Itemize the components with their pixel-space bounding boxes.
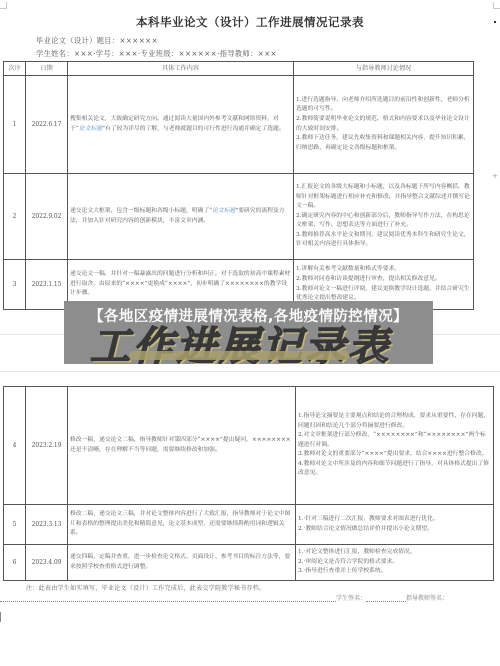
text-cursor-mark [0, 612, 1, 622]
row-work: 修改一稿，递交论文二稿，指导教师针对第四部分“××××”提出疑问，×××××××… [68, 387, 296, 505]
table-row: 1 2022.6.17 搜集相关论文，大致确定研究方向。通过阅读大量国内外参考文… [4, 76, 474, 174]
dotted-leader [366, 596, 406, 602]
banner-stripe [129, 351, 349, 360]
row-no: 4 [4, 387, 26, 505]
row-no: 1 [4, 76, 26, 174]
row-work: 搜集相关论文，大致确定研究方向。通过阅读大量国内外参考文献和网络资料，对于“论文… [68, 76, 294, 174]
document-title: 本科毕业论文（设计）工作进展情况记录表 [0, 14, 500, 30]
teacher-signature-label: 指导教师签名： [406, 595, 448, 602]
header-date: 日期 [26, 62, 68, 76]
header-work: 具体工作内容 [68, 62, 294, 76]
row-date: 2022.6.17 [26, 76, 68, 174]
row-discussion: 1.汇报论文的各级大标题和小标题，以及各标题下所写内容概括，教师针对框架标题进行… [294, 174, 474, 260]
table-row: 2 2022.9.02 递交论文大框架，包含一级标题和各级小标题，明确了“论文标… [4, 174, 474, 260]
banner-title: 【各地区疫情进展情况表格,各地疫情防控情况】 [64, 307, 433, 328]
row-work: 递交四稿，定稿并查重，进一步检查论文格式、页面设计、参考书目的标注方法等，要求按… [68, 545, 296, 581]
table-row: 4 2023.2.19 修改一稿，递交论文二稿，指导教师针对第四部分“××××”… [4, 387, 494, 505]
page-corner-mark [493, 2, 500, 9]
thesis-title-link: 论文标题 [212, 208, 235, 214]
table-row: 6 2023.4.09 递交四稿，定稿并查重，进一步检查论文格式、页面设计、参考… [4, 545, 494, 581]
thesis-title-link: 论文标题 [79, 126, 102, 132]
row-discussion: 1.·针对三稿进行二次汇报，教师要求对图表进行优化。 2.·教师结合论文情况做总… [296, 505, 494, 545]
table-row: 5 2023.3.13 修改二稿，递交论文三稿，并对论文整体内容进行了大致汇报，… [4, 505, 494, 545]
row-no: 2 [4, 174, 26, 260]
document-page: 本科毕业论文（设计）工作进展情况记录表 毕业论文（设计）题目：×××××× 学生… [0, 0, 500, 666]
dotted-leader [0, 596, 336, 602]
row-discussion: 1.指导论文摘要是主要观点和结论的合理构成，要求从重要性、存在问题、问题归因和结… [296, 387, 494, 505]
row-date: 2023.1.15 [26, 260, 68, 310]
progress-table-top: 次序 日期 具体工作内容 与指导教师讨论情况 1 2022.6.17 搜集相关论… [3, 61, 474, 310]
row-date: 2023.3.13 [26, 505, 68, 545]
thesis-topic-line: 毕业论文（设计）题目：×××××× [36, 36, 158, 46]
student-info-line: 学生姓名：×××·学号：×××·专业班级：××××××·指导教师：××× [36, 49, 277, 59]
row-no: 3 [4, 260, 26, 310]
progress-table-bottom: 4 2023.2.19 修改一稿，递交论文二稿，指导教师针对第四部分“××××”… [3, 386, 494, 581]
overlay-banner: 工作进展记录表 【各地区疫情进展情况表格,各地疫情防控情况】 [64, 301, 433, 364]
table-add-handle-icon: + [492, 172, 498, 180]
row-date: 2023.2.19 [26, 387, 68, 505]
row-no: 6 [4, 545, 26, 581]
footer-note: 注：此表由学生如实填写，毕业论文（设计）工作完成后，此表交学院教学秘书存档。 [26, 583, 265, 592]
row-date: 2022.9.02 [26, 174, 68, 260]
row-discussion: 1.·对论文整体进行汇报，教师检查完成情况。 2.·审阅论文是否符合学院的格式要… [296, 545, 494, 581]
row-discussion: 1.进行选题指导，向老师介绍所选题目的前沿性和创新性，老师分析选题的可写性。 2… [294, 76, 474, 174]
table-header-row: 次序 日期 具体工作内容 与指导教师讨论情况 [4, 62, 474, 76]
page-corner-mark [0, 2, 7, 9]
signature-line: 学生签名：指导教师签名： [0, 593, 470, 602]
page-break-line [0, 371, 500, 372]
row-date: 2023.4.09 [26, 545, 68, 581]
header-no: 次序 [4, 62, 26, 76]
student-signature-label: 学生签名： [336, 595, 366, 602]
header-discussion: 与指导教师讨论情况 [294, 62, 474, 76]
row-no: 5 [4, 505, 26, 545]
row-work: 递交论文大框架，包含一级标题和各级小标题，明确了“论文标题”要研究的流程及方法，… [68, 174, 294, 260]
row-work: 修改二稿，递交论文三稿，并对论文整体内容进行了大致汇报，指导教师对于论文中图片和… [68, 505, 296, 545]
